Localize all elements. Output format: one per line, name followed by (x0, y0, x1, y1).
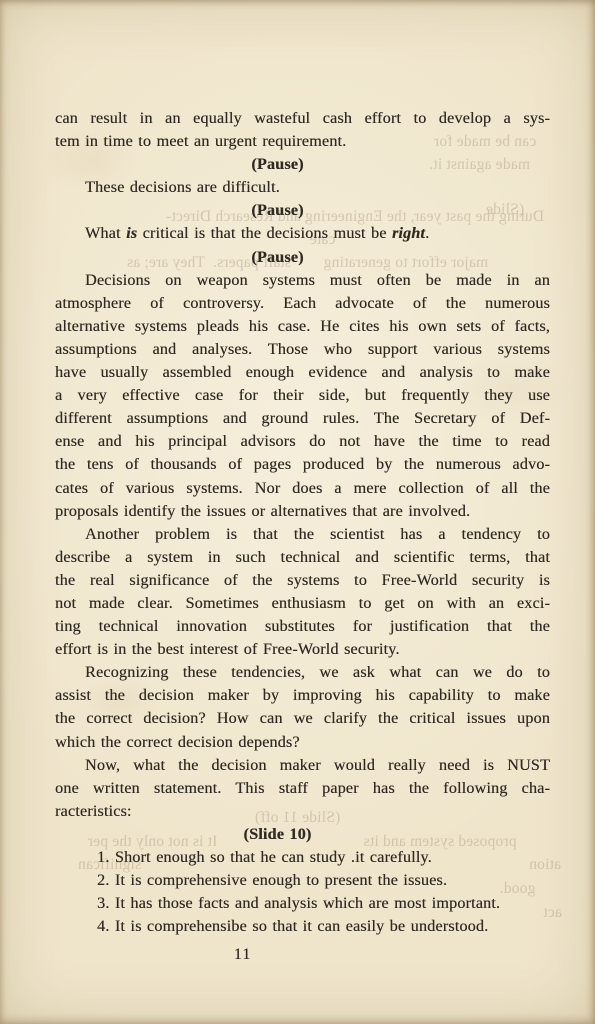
text-run: cates of various systems. Nor does a mer… (55, 479, 550, 497)
text-line: assist the decision maker by improving h… (55, 684, 550, 707)
text-line: 2. It is comprehensive enough to present… (97, 869, 550, 892)
text-run: critical is that the decisions must be (137, 224, 392, 242)
text-line: What is critical is that the decisions m… (55, 222, 550, 245)
text-run: Another problem is that the scientist ha… (85, 525, 550, 543)
text-block: can result in an equally wasteful cash e… (55, 107, 550, 938)
text-line: cates of various systems. Nor does a mer… (55, 477, 550, 500)
text-run: a very effective case for their side, bu… (55, 386, 550, 404)
text-run: right (392, 224, 425, 242)
text-run: These decisions are difficult. (85, 178, 280, 196)
page-number: 11 (0, 943, 485, 966)
text-run: 2. It is comprehensive enough to present… (97, 871, 447, 889)
text-line: Decisions on weapon systems must often b… (55, 269, 550, 292)
text-line: can result in an equally wasteful cash e… (55, 107, 550, 130)
text-run: Decisions on weapon systems must often b… (85, 271, 550, 289)
text-run: not made clear. Sometimes enthusiasm to … (55, 594, 550, 612)
text-line: assumptions and analyses. Those who supp… (55, 338, 550, 361)
text-line: atmosphere of controversy. Each advocate… (55, 292, 550, 315)
text-line: ense and his principal advisors do not h… (55, 430, 550, 453)
stage-direction-pause: (Pause) (55, 199, 550, 222)
text-run: ense and his principal advisors do not h… (55, 432, 550, 450)
text-run: 3. It has those facts and analysis which… (97, 894, 500, 912)
text-line: effort is in the best interest of Free-W… (55, 638, 550, 661)
text-run: tem in time to meet an urgent requiremen… (55, 132, 346, 150)
text-run: atmosphere of controversy. Each advocate… (55, 294, 550, 312)
text-line: alternative systems pleads his case. He … (55, 315, 550, 338)
text-run: have usually assembled enough evidence a… (55, 363, 550, 381)
text-run: is (126, 224, 137, 242)
text-run: 1. Short enough so that he can study .it… (97, 848, 432, 866)
text-run: one written statement. This staff paper … (55, 779, 550, 797)
text-line: which the correct decision depends? (55, 731, 550, 754)
text-run: proposals identify the issues or alterna… (55, 502, 470, 520)
text-line: a very effective case for their side, bu… (55, 384, 550, 407)
text-run: assist the decision maker by improving h… (55, 686, 550, 704)
text-line: ting technical innovation substitutes fo… (55, 615, 550, 638)
text-line: 1. Short enough so that he can study .it… (97, 846, 550, 869)
text-run: racteristics: (55, 802, 132, 820)
text-run: which the correct decision depends? (55, 733, 300, 751)
text-run: effort is in the best interest of Free-W… (55, 640, 400, 658)
text-line: the correct decision? How can we clarify… (55, 707, 550, 730)
text-run: alternative systems pleads his case. He … (55, 317, 550, 335)
scanned-page: can be made formade against it.(SlideDur… (0, 0, 595, 1024)
text-line: different assumptions and ground rules. … (55, 407, 550, 430)
text-line: These decisions are difficult. (55, 176, 550, 199)
text-run: ting technical innovation substitutes fo… (55, 617, 550, 635)
text-run: (Slide 10) (244, 825, 312, 843)
text-run: (Pause) (251, 201, 303, 219)
text-run: can result in an equally wasteful cash e… (55, 109, 550, 127)
text-line: describe a system in such technical and … (55, 546, 550, 569)
text-run: different assumptions and ground rules. … (55, 409, 550, 427)
text-line: not made clear. Sometimes enthusiasm to … (55, 592, 550, 615)
text-run: (Pause) (251, 155, 303, 173)
text-line: the tens of thousands of pages produced … (55, 453, 550, 476)
text-run: the tens of thousands of pages produced … (55, 455, 550, 473)
text-line: Recognizing these tendencies, we ask wha… (55, 661, 550, 684)
text-run: (Pause) (251, 248, 303, 266)
text-run: describe a system in such technical and … (55, 548, 550, 566)
text-run: the real significance of the systems to … (55, 571, 550, 589)
text-run: assumptions and analyses. Those who supp… (55, 340, 550, 358)
stage-direction-pause: (Pause) (55, 246, 550, 269)
text-line: Another problem is that the scientist ha… (55, 523, 550, 546)
text-run: 4. It is comprehensibe so that it can ea… (97, 917, 488, 935)
text-line: 4. It is comprehensibe so that it can ea… (97, 915, 550, 938)
text-line: racteristics: (55, 800, 550, 823)
text-line: Now, what the decision maker would reall… (55, 754, 550, 777)
slide-cue: (Slide 10) (55, 823, 550, 846)
text-line: one written statement. This staff paper … (55, 777, 550, 800)
text-run: Now, what the decision maker would reall… (85, 756, 550, 774)
text-run: Recognizing these tendencies, we ask wha… (85, 663, 550, 681)
text-line: proposals identify the issues or alterna… (55, 500, 550, 523)
text-run: the correct decision? How can we clarify… (55, 709, 550, 727)
text-line: 3. It has those facts and analysis which… (97, 892, 550, 915)
text-line: tem in time to meet an urgent requiremen… (55, 130, 550, 153)
text-line: have usually assembled enough evidence a… (55, 361, 550, 384)
stage-direction-pause: (Pause) (55, 153, 550, 176)
text-line: the real significance of the systems to … (55, 569, 550, 592)
text-run: What (85, 224, 126, 242)
text-run: . (425, 224, 429, 242)
